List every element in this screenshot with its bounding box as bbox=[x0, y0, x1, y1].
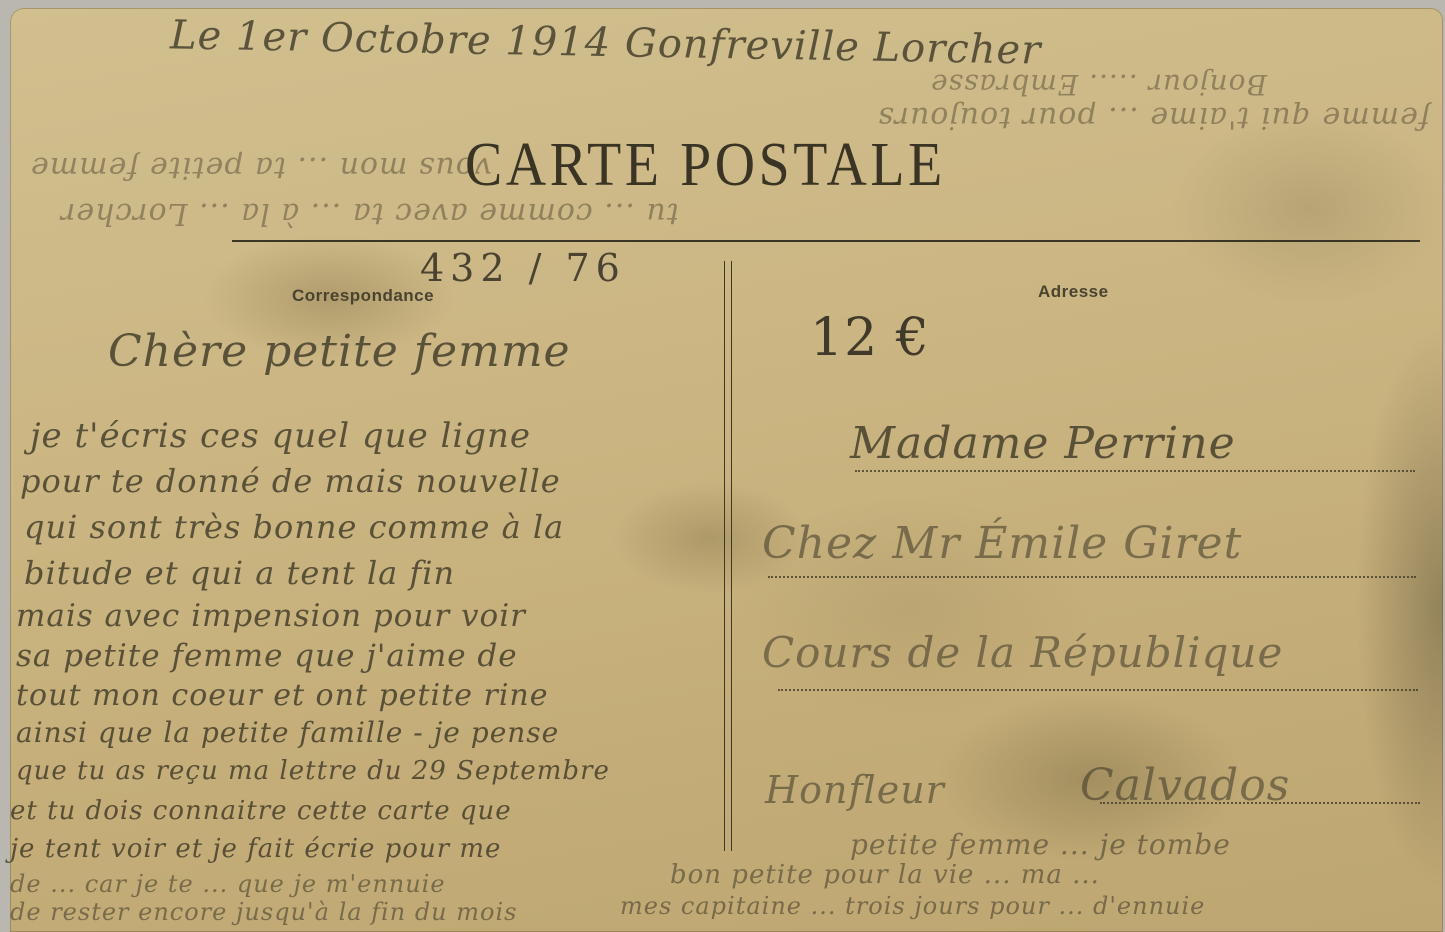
address-line-care-of: Chez Mr Émile Giret bbox=[762, 518, 1242, 569]
correspondence-line: tout mon coeur et ont petite rine bbox=[16, 678, 549, 713]
correspondence-line: Chère petite femme bbox=[108, 326, 571, 377]
correspondence-line: je t'écris ces quel que ligne bbox=[30, 416, 531, 456]
overflow-line: petite femme ... je tombe bbox=[850, 828, 1231, 861]
correspondence-line: bitude et qui a tent la fin bbox=[24, 554, 455, 592]
address-guide-line bbox=[768, 576, 1416, 578]
correspondence-line: et tu dois connaitre cette carte que bbox=[10, 796, 512, 826]
correspondence-label: Correspondance bbox=[292, 286, 434, 306]
reversed-handwriting-1: Bonjour ..... Embrasse bbox=[930, 68, 1267, 101]
header-rule bbox=[232, 240, 1420, 242]
correspondence-line: qui sont très bonne comme à la bbox=[24, 508, 564, 546]
postcard-back: Le 1er Octobre 1914 Gonfreville Lorcher … bbox=[10, 8, 1443, 932]
price-marking: 12 € bbox=[810, 308, 930, 368]
correspondence-line: mais avec impension pour voir bbox=[16, 598, 526, 634]
address-label: Adresse bbox=[1038, 282, 1109, 302]
date-line: Le 1er Octobre 1914 Gonfreville Lorcher bbox=[170, 12, 1042, 73]
correspondence-line: de rester encore jusqu'à la fin du mois bbox=[10, 898, 517, 926]
reversed-handwriting-4: tu ... comme avec ta ... à la ... Lorche… bbox=[60, 196, 679, 231]
address-line-name: Madame Perrine bbox=[850, 418, 1236, 469]
address-guide-line bbox=[855, 470, 1415, 472]
correspondence-line: je tent voir et je fait écrie pour me bbox=[10, 834, 501, 864]
address-line-street: Cours de la République bbox=[762, 628, 1283, 677]
reversed-handwriting-3: vous mon ... ta petite femme bbox=[30, 150, 492, 185]
overflow-line: mes capitaine ... trois jours pour ... d… bbox=[620, 892, 1205, 920]
divider-line-right bbox=[731, 261, 732, 851]
address-guide-line bbox=[778, 689, 1418, 691]
card-title: CARTE POSTALE bbox=[465, 130, 946, 201]
address-guide-line bbox=[1100, 802, 1420, 804]
correspondence-line: sa petite femme que j'aime de bbox=[16, 638, 518, 674]
correspondence-line: ainsi que la petite famille - je pense bbox=[16, 716, 559, 749]
overflow-line: bon petite pour la vie ... ma ... bbox=[670, 860, 1100, 890]
reference-number: 432 / 76 bbox=[420, 246, 626, 290]
address-line-city: Honfleur bbox=[765, 768, 945, 812]
correspondence-line: pour te donné de mais nouvelle bbox=[20, 462, 561, 500]
correspondence-line: que tu as reçu ma lettre du 29 Septembre bbox=[16, 756, 610, 786]
correspondence-line: de ... car je te ... que je m'ennuie bbox=[10, 870, 446, 898]
divider-line-left bbox=[724, 261, 725, 851]
